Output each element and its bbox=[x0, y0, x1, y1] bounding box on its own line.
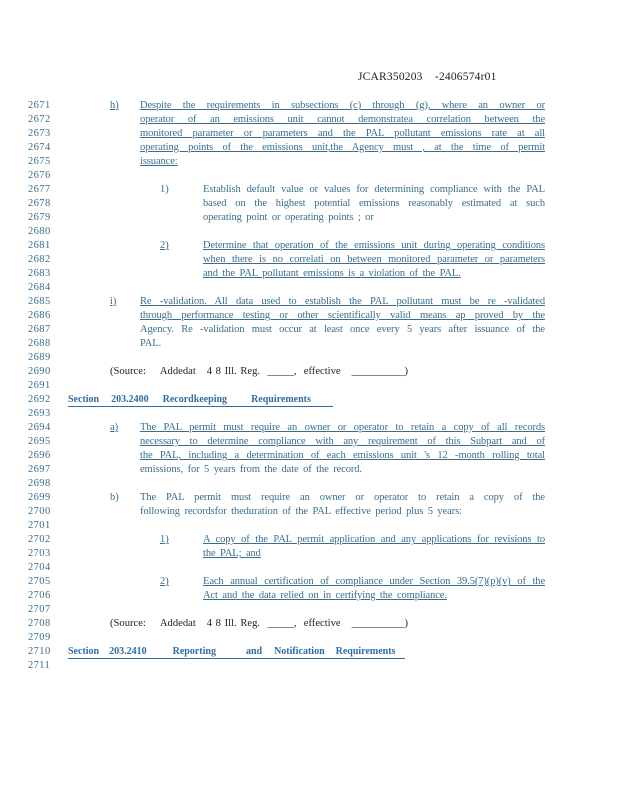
line-text: necessary to determine compliance with a… bbox=[140, 435, 545, 449]
line-text: PAL. bbox=[140, 337, 545, 351]
line-number: 2694 bbox=[0, 421, 110, 435]
doc-line: 2693 bbox=[0, 407, 618, 421]
doc-line: 2707 bbox=[0, 603, 618, 617]
line-number: 2706 bbox=[0, 589, 110, 603]
document-body: 2671h)Despite the requirements in subsec… bbox=[0, 99, 618, 673]
indent-spacer bbox=[110, 239, 160, 253]
line-text: A copy of the PAL permit application and… bbox=[203, 533, 545, 547]
doc-line: 2685i)Re -validation. All data used to e… bbox=[0, 295, 618, 309]
line-text: operating point or operating points ; or bbox=[203, 211, 545, 225]
line-number: 2685 bbox=[0, 295, 110, 309]
item-label: 1) bbox=[160, 533, 203, 547]
line-text: through performance testing or other sci… bbox=[140, 309, 545, 323]
line-text: Establish default value or values for de… bbox=[203, 183, 545, 197]
doc-line: 2697emissions, for 5 years from the date… bbox=[0, 463, 618, 477]
line-number: 2677 bbox=[0, 183, 110, 197]
line-text: Each annual certification of compliance … bbox=[203, 575, 545, 589]
line-number: 2682 bbox=[0, 253, 110, 267]
line-text: The PAL permit must require an owner or … bbox=[140, 491, 545, 505]
line-text: operating points of the emissions unit,t… bbox=[140, 141, 545, 155]
item-label: 2) bbox=[160, 239, 203, 253]
indent-spacer bbox=[110, 267, 160, 281]
line-number: 2678 bbox=[0, 197, 110, 211]
line-text: when there is no correlati on between mo… bbox=[203, 253, 545, 267]
line-number: 2707 bbox=[0, 603, 110, 617]
line-number: 2693 bbox=[0, 407, 110, 421]
doc-line: 2682when there is no correlati on betwee… bbox=[0, 253, 618, 267]
doc-line: 2689 bbox=[0, 351, 618, 365]
line-number: 2675 bbox=[0, 155, 110, 169]
line-number: 2676 bbox=[0, 169, 110, 183]
doc-line: 2683and the PAL pollutant emissions is a… bbox=[0, 267, 618, 281]
line-text: emissions, for 5 years from the date of … bbox=[140, 463, 545, 477]
line-number: 2704 bbox=[0, 561, 110, 575]
jcar-header: JCAR350203 -2406574r01 bbox=[358, 71, 497, 83]
line-number: 2681 bbox=[0, 239, 110, 253]
doc-line: 2674operating points of the emissions un… bbox=[0, 141, 618, 155]
doc-line: 2711 bbox=[0, 659, 618, 673]
indent-spacer bbox=[110, 183, 160, 197]
item-label bbox=[160, 589, 203, 603]
item-label bbox=[110, 127, 140, 141]
doc-line: 2684 bbox=[0, 281, 618, 295]
line-text: monitored parameter or parameters and th… bbox=[140, 127, 545, 141]
indent-spacer bbox=[110, 589, 160, 603]
line-text: Act and the data relied on in certifying… bbox=[203, 589, 545, 603]
line-number: 2698 bbox=[0, 477, 110, 491]
doc-line: 2672operator of an emissions unit cannot… bbox=[0, 113, 618, 127]
doc-line: 2704 bbox=[0, 561, 618, 575]
heading-word: 203.2400 bbox=[111, 393, 149, 406]
item-label bbox=[110, 155, 140, 169]
line-number: 2674 bbox=[0, 141, 110, 155]
indent-spacer bbox=[110, 533, 160, 547]
line-number: 2703 bbox=[0, 547, 110, 561]
line-text: following recordsfor theduration of the … bbox=[140, 505, 545, 519]
indent-spacer bbox=[110, 197, 160, 211]
doc-line: 2696the PAL, including a determination o… bbox=[0, 449, 618, 463]
line-text: the PAL, including a determination of ea… bbox=[140, 449, 545, 463]
line-number: 2695 bbox=[0, 435, 110, 449]
line-text: The PAL permit must require an owner or … bbox=[140, 421, 545, 435]
line-number: 2687 bbox=[0, 323, 110, 337]
line-number: 2705 bbox=[0, 575, 110, 589]
doc-line: 2686through performance testing or other… bbox=[0, 309, 618, 323]
line-number: 2700 bbox=[0, 505, 110, 519]
item-label bbox=[160, 211, 203, 225]
doc-line: 2703the PAL; and bbox=[0, 547, 618, 561]
source-note: (Source: Addedat 4 8 Ill. Reg. _____, ef… bbox=[110, 617, 408, 631]
line-number: 2680 bbox=[0, 225, 110, 239]
item-label: a) bbox=[110, 421, 140, 435]
heading-word: Requirements bbox=[251, 393, 311, 406]
item-label: 2) bbox=[160, 575, 203, 589]
item-label: i) bbox=[110, 295, 140, 309]
line-text: and the PAL pollutant emissions is a vio… bbox=[203, 267, 545, 281]
item-label bbox=[110, 505, 140, 519]
line-number: 2684 bbox=[0, 281, 110, 295]
line-number: 2679 bbox=[0, 211, 110, 225]
item-label bbox=[110, 323, 140, 337]
line-number: 2673 bbox=[0, 127, 110, 141]
line-text: Determine that operation of the emission… bbox=[203, 239, 545, 253]
doc-line: 27021)A copy of the PAL permit applicati… bbox=[0, 533, 618, 547]
heading-word: Section bbox=[68, 393, 99, 406]
item-label: b) bbox=[110, 491, 140, 505]
line-number: 2691 bbox=[0, 379, 110, 393]
line-number: 2697 bbox=[0, 463, 110, 477]
section-heading: Section203.2400RecordkeepingRequirements bbox=[68, 393, 333, 407]
item-label bbox=[110, 113, 140, 127]
line-number: 2696 bbox=[0, 449, 110, 463]
item-label bbox=[160, 197, 203, 211]
item-label: h) bbox=[110, 99, 140, 113]
doc-line: 2679operating point or operating points … bbox=[0, 211, 618, 225]
doc-line: 2701 bbox=[0, 519, 618, 533]
item-label bbox=[110, 337, 140, 351]
line-number: 2671 bbox=[0, 99, 110, 113]
doc-line: 27052)Each annual certification of compl… bbox=[0, 575, 618, 589]
section-heading: Section203.2410ReportingandNotificationR… bbox=[68, 645, 405, 659]
item-label bbox=[160, 253, 203, 267]
doc-line: 2694a)The PAL permit must require an own… bbox=[0, 421, 618, 435]
source-note: (Source: Addedat 4 8 Ill. Reg. _____, ef… bbox=[110, 365, 408, 379]
item-label bbox=[110, 449, 140, 463]
line-number: 2701 bbox=[0, 519, 110, 533]
indent-spacer bbox=[110, 547, 160, 561]
heading-word: Reporting bbox=[173, 645, 216, 658]
heading-word: Notification bbox=[274, 645, 325, 658]
doc-line: 2695necessary to determine compliance wi… bbox=[0, 435, 618, 449]
line-number: 2709 bbox=[0, 631, 110, 645]
item-label: 1) bbox=[160, 183, 203, 197]
item-label bbox=[110, 435, 140, 449]
doc-line: 2706Act and the data relied on in certif… bbox=[0, 589, 618, 603]
line-text: operator of an emissions unit cannot dem… bbox=[140, 113, 545, 127]
line-text: based on the highest potential emissions… bbox=[203, 197, 545, 211]
heading-word: Recordkeeping bbox=[163, 393, 227, 406]
doc-line: 2676 bbox=[0, 169, 618, 183]
line-number: 2689 bbox=[0, 351, 110, 365]
doc-line: 2687Agency. Re -validation must occur at… bbox=[0, 323, 618, 337]
line-number: 2702 bbox=[0, 533, 110, 547]
indent-spacer bbox=[110, 253, 160, 267]
doc-line: 26771)Establish default value or values … bbox=[0, 183, 618, 197]
item-label bbox=[110, 309, 140, 323]
line-text: the PAL; and bbox=[203, 547, 545, 561]
heading-word: 203.2410 bbox=[109, 645, 147, 658]
doc-line: 2710Section203.2410ReportingandNotificat… bbox=[0, 645, 618, 659]
heading-word: Requirements bbox=[336, 645, 396, 658]
doc-line: 2680 bbox=[0, 225, 618, 239]
doc-line: 2700following recordsfor theduration of … bbox=[0, 505, 618, 519]
line-text: Despite the requirements in subsections … bbox=[140, 99, 545, 113]
doc-line: 2690(Source: Addedat 4 8 Ill. Reg. _____… bbox=[0, 365, 618, 379]
item-label bbox=[110, 463, 140, 477]
doc-line: 2699b)The PAL permit must require an own… bbox=[0, 491, 618, 505]
doc-line: 2709 bbox=[0, 631, 618, 645]
line-number: 2699 bbox=[0, 491, 110, 505]
heading-word: Section bbox=[68, 645, 99, 658]
line-number: 2672 bbox=[0, 113, 110, 127]
indent-spacer bbox=[110, 575, 160, 589]
document-page: JCAR350203 -2406574r01 2671h)Despite the… bbox=[0, 0, 618, 800]
doc-line: 2675issuance: bbox=[0, 155, 618, 169]
doc-line: 2692Section203.2400RecordkeepingRequirem… bbox=[0, 393, 618, 407]
doc-line: 2698 bbox=[0, 477, 618, 491]
line-number: 2711 bbox=[0, 659, 110, 673]
indent-spacer bbox=[110, 211, 160, 225]
line-text: issuance: bbox=[140, 155, 545, 169]
doc-line: 2678based on the highest potential emiss… bbox=[0, 197, 618, 211]
doc-line: 2688PAL. bbox=[0, 337, 618, 351]
line-number: 2688 bbox=[0, 337, 110, 351]
doc-line: 2691 bbox=[0, 379, 618, 393]
line-number: 2683 bbox=[0, 267, 110, 281]
line-number: 2708 bbox=[0, 617, 110, 631]
line-number: 2686 bbox=[0, 309, 110, 323]
heading-word: and bbox=[246, 645, 262, 658]
doc-line: 2671h)Despite the requirements in subsec… bbox=[0, 99, 618, 113]
line-number: 2690 bbox=[0, 365, 110, 379]
line-text: Re -validation. All data used to establi… bbox=[140, 295, 545, 309]
doc-line: 2708(Source: Addedat 4 8 Ill. Reg. _____… bbox=[0, 617, 618, 631]
item-label bbox=[160, 267, 203, 281]
item-label bbox=[110, 141, 140, 155]
item-label bbox=[160, 547, 203, 561]
doc-line: 2673monitored parameter or parameters an… bbox=[0, 127, 618, 141]
line-text: Agency. Re -validation must occur at lea… bbox=[140, 323, 545, 337]
doc-line: 26812)Determine that operation of the em… bbox=[0, 239, 618, 253]
